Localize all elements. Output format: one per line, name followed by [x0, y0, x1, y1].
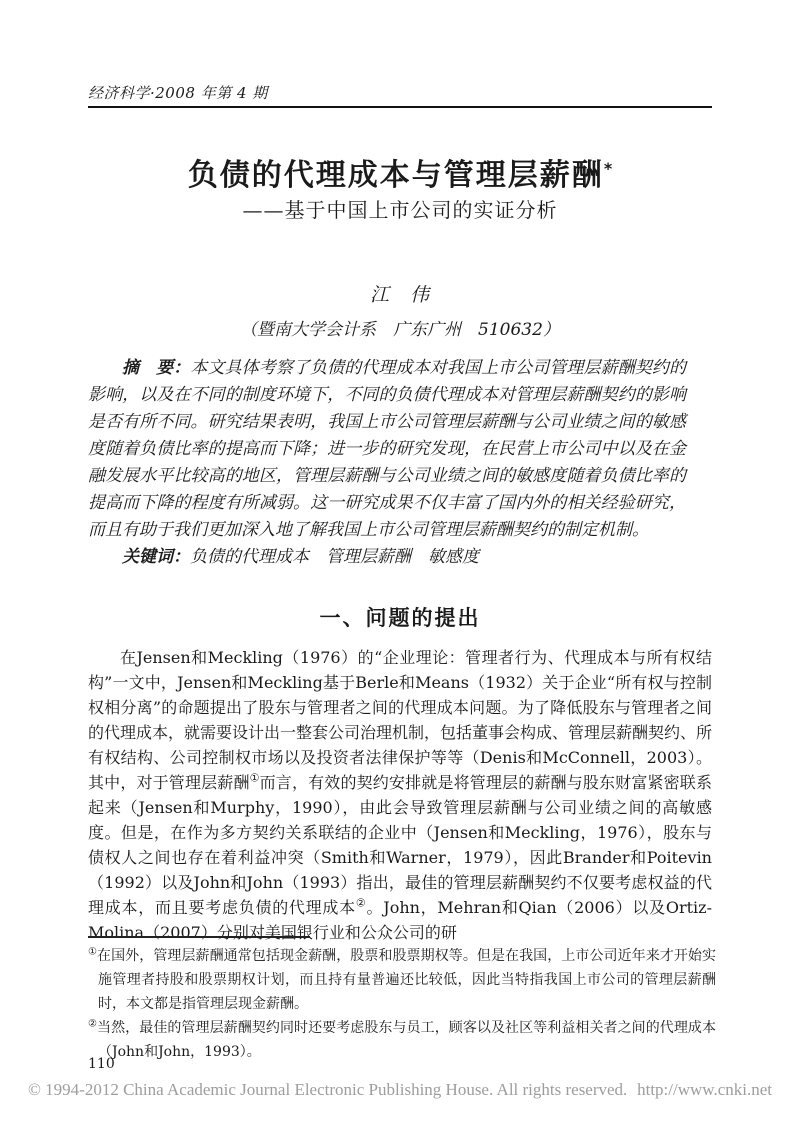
footnote-2: ②当然，最佳的管理层薪酬契约同时还要考虑股东与员工，顾客以及社区等利益相关者之间…	[88, 1016, 716, 1064]
footnote-ref-1: ①	[250, 772, 260, 785]
author-name: 江 伟	[0, 280, 800, 307]
footnote-2-marker: ②	[88, 1018, 97, 1029]
abstract-section: 摘 要：本文具体考察了负债的代理成本对我国上市公司管理层薪酬契约的影响，以及在不…	[88, 355, 686, 571]
footer-watermark: © 1994-2012 China Academic Journal Elect…	[0, 1080, 800, 1100]
footnote-divider	[88, 936, 310, 938]
title-footnote-asterisk: *	[604, 159, 612, 178]
paper-title-text: 负债的代理成本与管理层薪酬	[188, 158, 604, 193]
footer-copyright: © 1994-2012 China Academic Journal Elect…	[28, 1080, 627, 1100]
keywords-label: 关键词：	[122, 547, 190, 567]
keywords-text: 负债的代理成本 管理层薪酬 敏感度	[190, 547, 479, 567]
abstract-text: 本文具体考察了负债的代理成本对我国上市公司管理层薪酬契约的影响，以及在不同的制度…	[88, 358, 686, 540]
footnotes-section: ①在国外，管理层薪酬通常包括现金薪酬，股票和股票期权等。但是在我国，上市公司近年…	[88, 944, 716, 1064]
journal-header: 经济科学·2008 年第 4 期	[88, 82, 268, 103]
header-divider	[88, 106, 712, 108]
section-heading: 一、问题的提出	[0, 602, 800, 632]
footer-url: http://www.cnki.net	[637, 1080, 772, 1100]
footnote-1-marker: ①	[88, 946, 97, 957]
page-number: 110	[88, 1056, 115, 1072]
keywords-line: 关键词：负债的代理成本 管理层薪酬 敏感度	[88, 544, 686, 571]
paper-title: 负债的代理成本与管理层薪酬*	[0, 158, 800, 194]
abstract-label: 摘 要：	[122, 358, 190, 378]
body-text-1: 在Jensen和Meckling（1976）的“企业理论：管理者行为、代理成本与…	[88, 648, 712, 792]
abstract-paragraph: 摘 要：本文具体考察了负债的代理成本对我国上市公司管理层薪酬契约的影响，以及在不…	[88, 355, 686, 544]
body-paragraph: 在Jensen和Meckling（1976）的“企业理论：管理者行为、代理成本与…	[88, 645, 712, 945]
author-affiliation: （暨南大学会计系 广东广州 510632）	[0, 315, 800, 340]
footnote-1-text: 在国外，管理层薪酬通常包括现金薪酬，股票和股票期权等。但是在我国，上市公司近年来…	[97, 948, 716, 1012]
body-text-2: 而言，有效的契约安排就是将管理层的薪酬与股东财富紧密联系起来（Jensen和Mu…	[88, 773, 712, 917]
paper-subtitle: ——基于中国上市公司的实证分析	[0, 194, 800, 223]
footnote-2-text: 当然，最佳的管理层薪酬契约同时还要考虑股东与员工，顾客以及社区等利益相关者之间的…	[97, 1020, 716, 1060]
footnote-1: ①在国外，管理层薪酬通常包括现金薪酬，股票和股票期权等。但是在我国，上市公司近年…	[88, 944, 716, 1016]
footnote-ref-2: ②	[356, 897, 367, 910]
